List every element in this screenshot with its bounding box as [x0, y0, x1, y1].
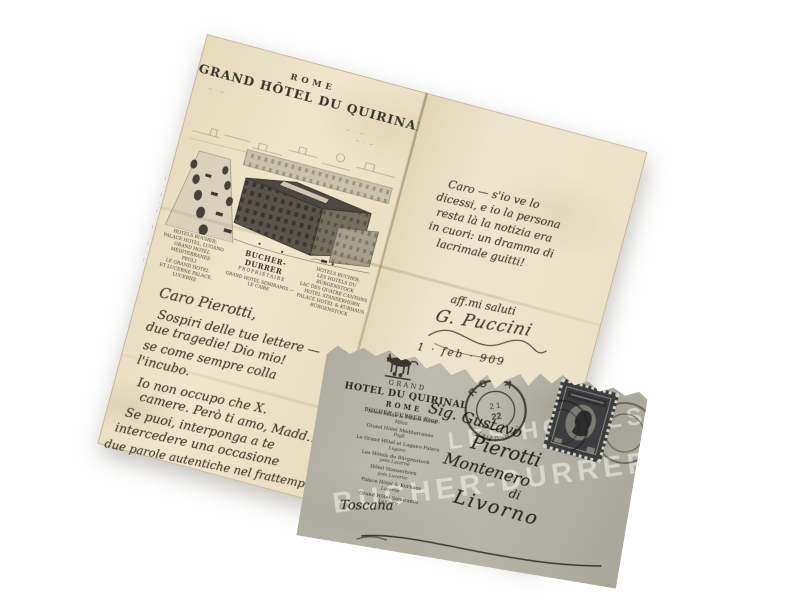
svg-text:2 1: 2 1 [489, 401, 502, 412]
photo-scene: ROME GRAND HÔTEL DU QUIRINAL · — · — · —… [0, 0, 800, 600]
handwritten-annotation: Toscana [340, 498, 393, 513]
